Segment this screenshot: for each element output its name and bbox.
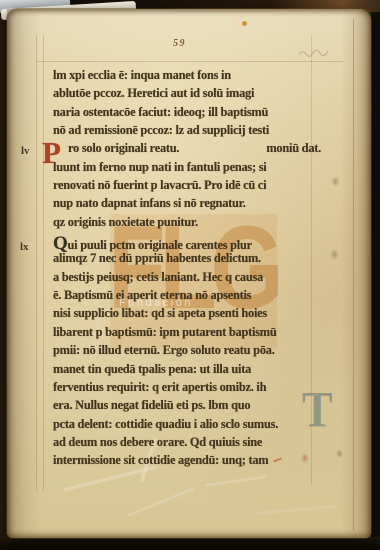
manuscript-line: lm xpi ecclia ē: inqua manet fons in <box>53 68 321 86</box>
line-text: ad deum nos debere orare. Qd quiuis sine <box>53 435 262 449</box>
manuscript-line: nup nato dapnat infans si nō regnatur. <box>53 196 321 214</box>
line-text: ablutōe pccoz. Heretici aut id solū imag… <box>53 86 254 100</box>
line-text: pcta delent: cottidie quadiu i alio sclo… <box>53 417 278 431</box>
line-text: manet tin quedā tpalis pena: ut illa uit… <box>53 362 251 376</box>
parchment-scuff <box>205 476 267 487</box>
line-text: nup nato dapnat infans si nō regnatur. <box>53 196 246 210</box>
text-block: lm xpi ecclia ē: inqua manet fons inablu… <box>53 68 321 472</box>
line-text: pmii: nō illud eternū. Ergo soluto reatu… <box>53 343 275 357</box>
line-text: era. Nullus negat fideliū eti ps. lbm qu… <box>53 398 250 412</box>
manuscript-line: nō ad remissionē pccoz: lz ad supplicij … <box>53 123 321 141</box>
line-text: ro solo originali reatu. <box>68 141 179 159</box>
margin-mark-lx: lx <box>20 241 29 253</box>
line-text: naria ostentacōe faciut: ideoq; ill bapt… <box>53 105 268 119</box>
folio-number: 59 <box>173 38 186 49</box>
line-text: luunt im ferno nup nati in fantuli penas… <box>53 160 266 174</box>
faded-marginal-initial: T <box>302 385 333 436</box>
manuscript-line: naria ostentacōe faciut: ideoq; ill bapt… <box>53 105 321 123</box>
bleed-through-mark <box>330 249 339 260</box>
parchment-scuff <box>255 506 335 515</box>
manuscript-line: pcta delent: cottidie quadiu i alio sclo… <box>53 417 321 435</box>
page-curl-shadow <box>341 9 371 538</box>
line-text: ferventius requirit: q erit apertis omib… <box>53 380 266 394</box>
manuscript-line: alimqz 7 nec dū ppriū habentes delictum. <box>53 251 321 269</box>
bleed-through-mark <box>336 449 343 458</box>
ruling-line-vertical-left-outer <box>36 35 37 491</box>
line-text: qz originis noxietate punitur. <box>53 215 198 229</box>
manuscript-line: nisi supplicio libat: qd si apeta psenti… <box>53 306 321 324</box>
rubricated-initial: P <box>42 137 61 168</box>
line-text: nō ad remissionē pccoz: lz ad supplicij … <box>53 123 269 137</box>
manuscript-page: 59 FLG lm xpi ecclia ē: inqua manet fons… <box>7 9 371 538</box>
manuscript-line: pmii: nō illud eternū. Ergo soluto reatu… <box>53 343 321 361</box>
bleed-through-mark <box>331 176 340 187</box>
margin-mark-lv: lv <box>21 145 30 157</box>
manuscript-line: renovati nō fuerint p lavacrū. Pro idē c… <box>53 178 321 196</box>
book-bottom-edge <box>0 537 380 550</box>
ink-spot <box>242 21 247 26</box>
ruling-line-vertical-left-inner <box>43 35 44 491</box>
manuscript-line: intermissione sit cottidie agendū: unq; … <box>53 453 321 471</box>
manuscript-line: Qui puuli pctm originale carentes plur <box>53 233 321 251</box>
line-text: renovati nō fuerint p lavacrū. Pro idē c… <box>53 178 266 192</box>
line-text: alimqz 7 nec dū ppriū habentes delictum. <box>53 251 261 265</box>
manuscript-line: ad deum nos debere orare. Qd quiuis sine <box>53 435 321 453</box>
line-text: libarent p baptismū: ipm putarent baptis… <box>53 325 276 339</box>
watermark-label: Fundación <box>119 297 193 309</box>
manuscript-line: ferventius requirit: q erit apertis omib… <box>53 380 321 398</box>
line-text: intermissione sit cottidie agendū: unq; … <box>53 453 268 467</box>
manuscript-line: libarent p baptismū: ipm putarent baptis… <box>53 325 321 343</box>
manuscript-line: ro solo originali reatu.moniū dat. <box>53 141 321 159</box>
parchment-scuff <box>127 488 195 517</box>
ruling-line-horizontal <box>37 61 343 62</box>
manuscript-line: qz originis noxietate punitur. <box>53 215 321 233</box>
line-text: a bestijs peiusq; cetis laniant. Hec q c… <box>53 270 263 284</box>
manuscript-line: era. Nullus negat fideliū eti ps. lbm qu… <box>53 398 321 416</box>
manuscript-line: ablutōe pccoz. Heretici aut id solū imag… <box>53 86 321 104</box>
manuscript-line: a bestijs peiusq; cetis laniant. Hec q c… <box>53 270 321 288</box>
page-fold-line <box>353 19 354 531</box>
line-text: lm xpi ecclia ē: inqua manet fons in <box>53 68 231 82</box>
manuscript-line: manet tin quedā tpalis pena: ut illa uit… <box>53 362 321 380</box>
book-photo: 59 FLG lm xpi ecclia ē: inqua manet fons… <box>0 0 380 550</box>
pencil-scribble <box>298 47 330 59</box>
line-text-right: moniū dat. <box>266 141 321 159</box>
manuscript-line: luunt im ferno nup nati in fantuli penas… <box>53 160 321 178</box>
